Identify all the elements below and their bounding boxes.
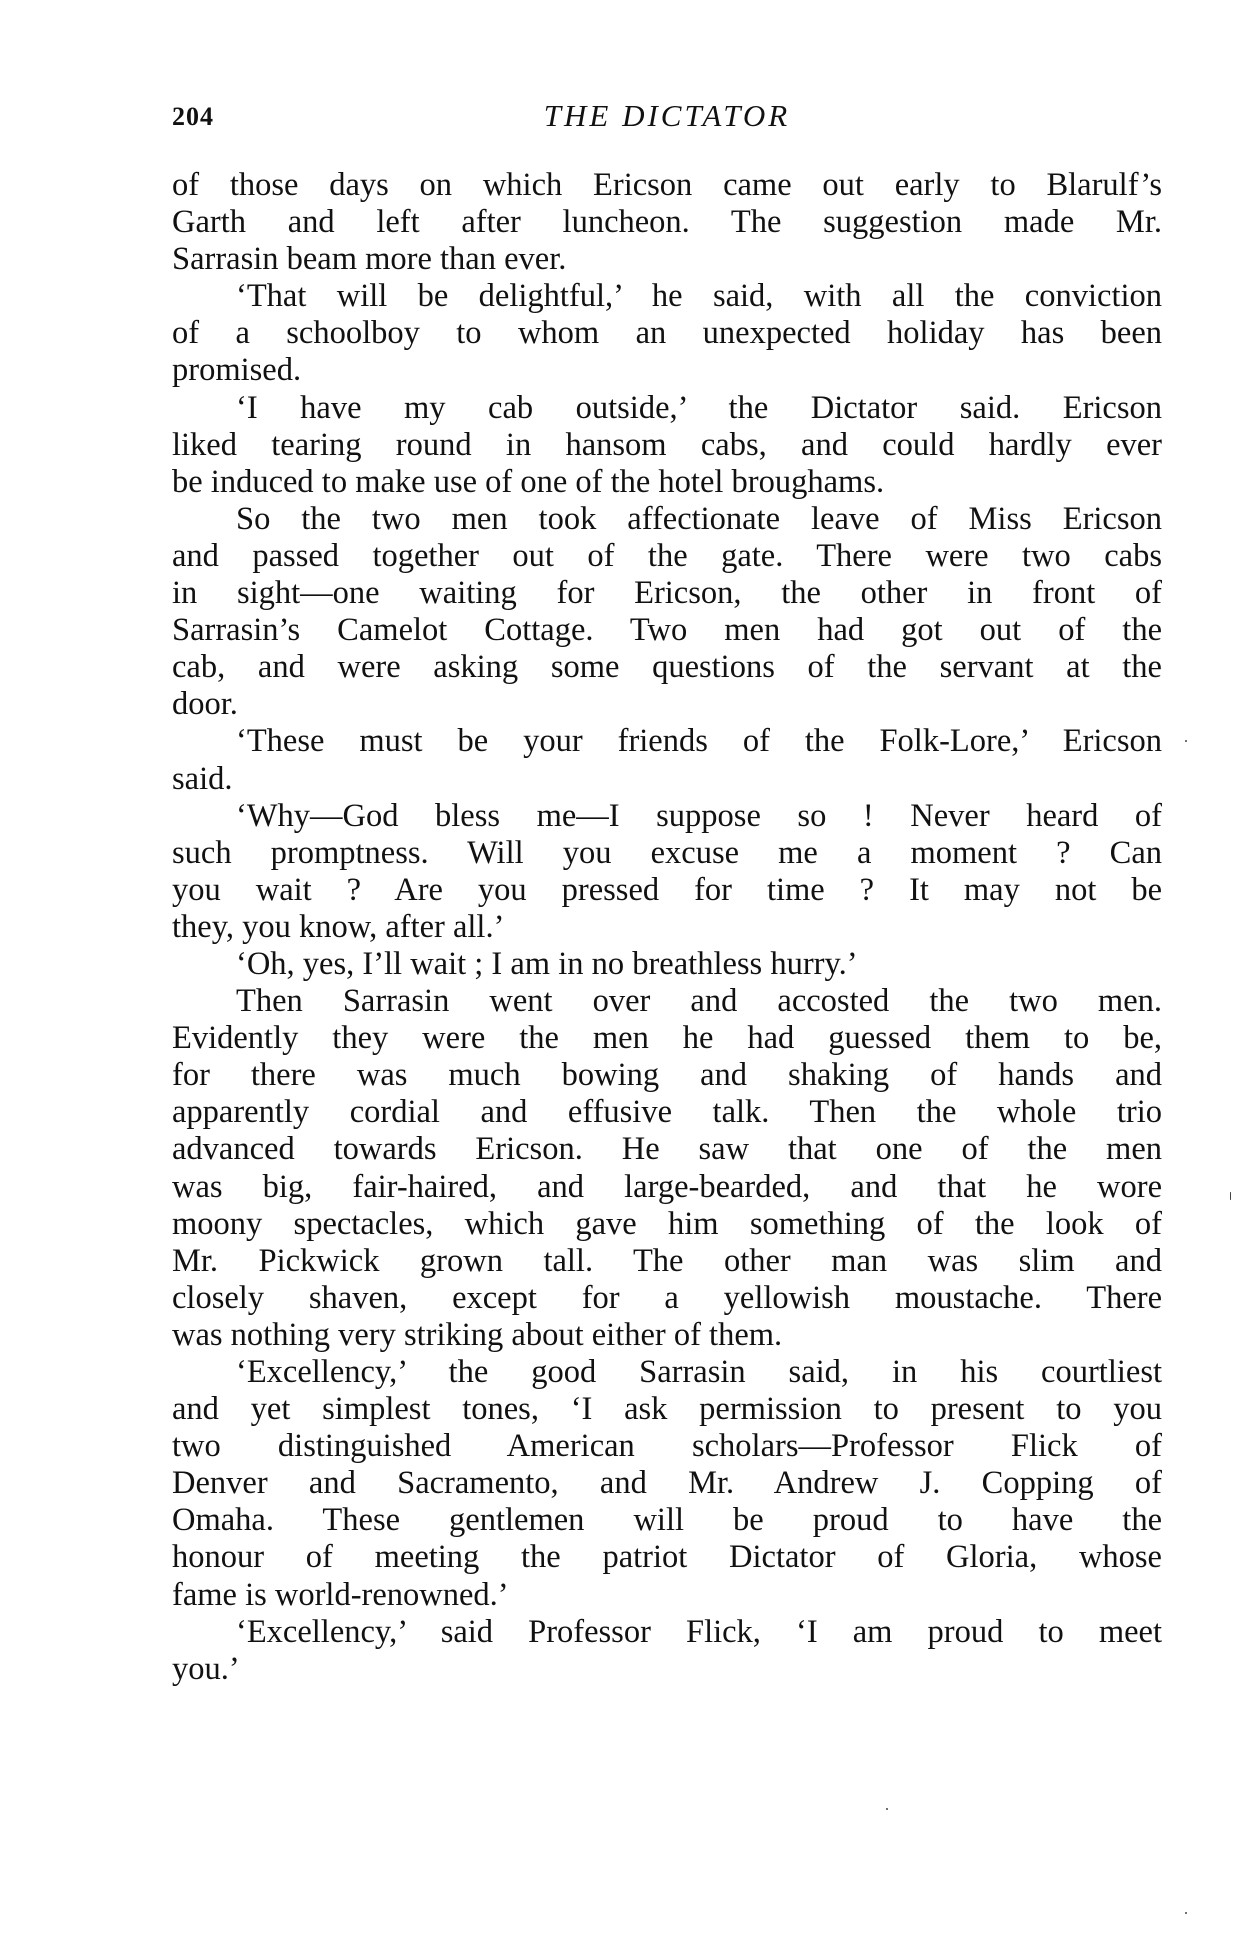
text-line: be induced to make use of one of the hot… [172, 464, 1162, 501]
text-line: fame is world-renowned.’ [172, 1577, 1162, 1614]
text-line: Garth and left after luncheon. The sugge… [172, 204, 1162, 241]
text-line: honour of meeting the patriot Dictator o… [172, 1539, 1162, 1576]
text-line: ‘Oh, yes, I’ll wait ; I am in no breathl… [172, 946, 1162, 983]
body-text: of those days on which Ericson came out … [172, 167, 1162, 1688]
scan-speck [1185, 740, 1187, 742]
text-line: Omaha. These gentlemen will be proud to … [172, 1502, 1162, 1539]
text-line: in sight—one waiting for Ericson, the ot… [172, 575, 1162, 612]
text-line: such promptness. Will you excuse me a mo… [172, 835, 1162, 872]
text-line: of those days on which Ericson came out … [172, 167, 1162, 204]
text-line: and yet simplest tones, ‘I ask permissio… [172, 1391, 1162, 1428]
text-line: they, you know, after all.’ [172, 909, 1162, 946]
running-title: THE DICTATOR [172, 98, 1162, 134]
running-head: 204 THE DICTATOR [172, 98, 1162, 138]
text-line: you wait ? Are you pressed for time ? It… [172, 872, 1162, 909]
text-line: ‘I have my cab outside,’ the Dictator sa… [172, 390, 1162, 427]
text-line: Evidently they were the men he had guess… [172, 1020, 1162, 1057]
text-line: So the two men took affectionate leave o… [172, 501, 1162, 538]
text-line: cab, and were asking some questions of t… [172, 649, 1162, 686]
text-line: ‘These must be your friends of the Folk-… [172, 723, 1162, 760]
scan-speck [1185, 1912, 1187, 1914]
text-line: closely shaven, except for a yellowish m… [172, 1280, 1162, 1317]
text-line: liked tearing round in hansom cabs, and … [172, 427, 1162, 464]
text-line: two distinguished American scholars—Prof… [172, 1428, 1162, 1465]
text-line: Then Sarrasin went over and accosted the… [172, 983, 1162, 1020]
text-line: moony spectacles, which gave him somethi… [172, 1206, 1162, 1243]
text-line: Denver and Sacramento, and Mr. Andrew J.… [172, 1465, 1162, 1502]
text-line: Mr. Pickwick grown tall. The other man w… [172, 1243, 1162, 1280]
text-line: was nothing very striking about either o… [172, 1317, 1162, 1354]
text-line: ‘That will be delightful,’ he said, with… [172, 278, 1162, 315]
text-line: door. [172, 686, 1162, 723]
text-line: promised. [172, 352, 1162, 389]
text-line: ‘Excellency,’ said Professor Flick, ‘I a… [172, 1614, 1162, 1651]
text-line: was big, fair-haired, and large-bearded,… [172, 1169, 1162, 1206]
text-line: ‘Excellency,’ the good Sarrasin said, in… [172, 1354, 1162, 1391]
text-line: Sarrasin’s Camelot Cottage. Two men had … [172, 612, 1162, 649]
book-page: 204 THE DICTATOR of those days on which … [0, 0, 1257, 1936]
text-line: advanced towards Ericson. He saw that on… [172, 1131, 1162, 1168]
text-line: Sarrasin beam more than ever. [172, 241, 1162, 278]
scan-speck [886, 1808, 888, 1810]
text-line: you.’ [172, 1651, 1162, 1688]
text-line: said. [172, 761, 1162, 798]
text-line: for there was much bowing and shaking of… [172, 1057, 1162, 1094]
text-line: and passed together out of the gate. The… [172, 538, 1162, 575]
text-line: ‘Why—God bless me—I suppose so ! Never h… [172, 798, 1162, 835]
text-line: apparently cordial and effusive talk. Th… [172, 1094, 1162, 1131]
text-line: of a schoolboy to whom an unexpected hol… [172, 315, 1162, 352]
scan-speck [1230, 1192, 1231, 1200]
